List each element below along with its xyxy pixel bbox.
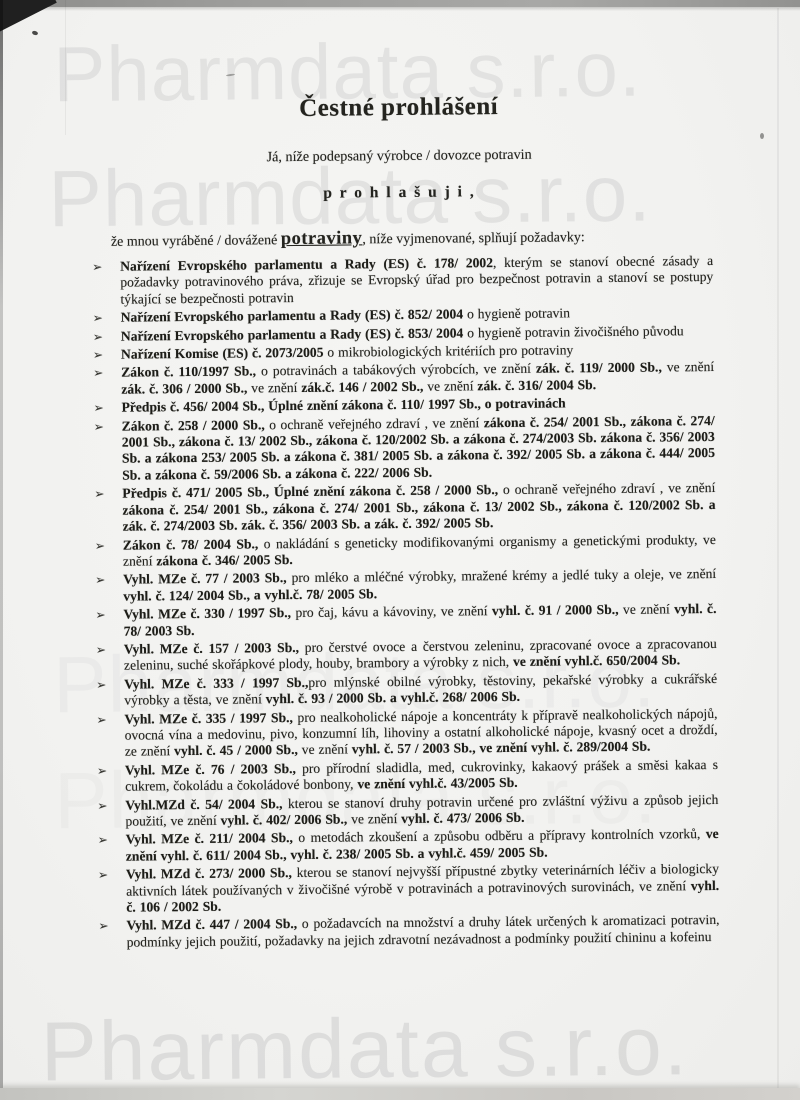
- bullet-arrow-icon: ➢: [93, 347, 103, 364]
- paper-fold-right: [777, 8, 779, 1093]
- list-item-text: Vyhl. MZe č. 211/ 2004 Sb., o metodách z…: [126, 826, 719, 865]
- list-item: ➢Vyhl. MZe č. 333 / 1997 Sb.,pro mlýnské…: [91, 671, 717, 710]
- bullet-arrow-icon: ➢: [97, 763, 107, 780]
- list-item: ➢Vyhl. MZe č. 330 / 1997 Sb., pro čaj, k…: [90, 601, 716, 640]
- bullet-arrow-icon: ➢: [97, 797, 107, 814]
- intro-post: , níže vyjmenované, splňují požadavky:: [362, 230, 585, 247]
- bullet-arrow-icon: ➢: [98, 832, 108, 849]
- list-item: ➢Předpis č. 471/ 2005 Sb., Úplné znění z…: [89, 480, 715, 535]
- list-item: ➢Vyhl. MZe č. 77 / 2003 Sb., pro mléko a…: [90, 566, 716, 605]
- list-item: ➢Zákon č. 258 / 2000 Sb., o ochraně veře…: [89, 413, 716, 485]
- watermark-text: Pharmdata s.r.o.: [40, 997, 689, 1100]
- bullet-arrow-icon: ➢: [95, 607, 105, 624]
- bullet-arrow-icon: ➢: [98, 918, 108, 935]
- declarant-line: Já, níže podepsaný výrobce / dovozce pot…: [86, 145, 712, 168]
- document-body: Čestné prohlášení Já, níže podepsaný výr…: [0, 88, 800, 952]
- scan-edge-bottom: [0, 1088, 800, 1100]
- bullet-arrow-icon: ➢: [96, 677, 106, 694]
- list-item: ➢Vyhl. MZe č. 76 / 2003 Sb., pro přírodn…: [92, 757, 718, 796]
- list-item: ➢Vyhl. MZe č. 157 / 2003 Sb., pro čerstv…: [91, 636, 717, 675]
- list-item: ➢Nařízení Evropského parlamentu a Rady (…: [87, 253, 713, 308]
- list-item-text: Vyhl. MZd č. 447 / 2004 Sb., o požadavcí…: [126, 912, 719, 951]
- paper-fold-top-left: [65, 0, 66, 135]
- list-item-text: Nařízení Evropského parlamentu a Rady (E…: [120, 253, 713, 308]
- bullet-arrow-icon: ➢: [93, 365, 103, 382]
- list-item-text: Zákon č. 110/1997 Sb., o potravinách a t…: [121, 359, 714, 398]
- bullet-arrow-icon: ➢: [94, 418, 104, 435]
- bullet-arrow-icon: ➢: [95, 537, 105, 554]
- list-item-text: Vyhl. MZe č. 77 / 2003 Sb., pro mléko a …: [123, 566, 716, 605]
- list-item: ➢Zákon č. 110/1997 Sb., o potravinách a …: [88, 359, 714, 398]
- bullet-arrow-icon: ➢: [93, 328, 103, 345]
- bullet-arrow-icon: ➢: [96, 711, 106, 728]
- list-item: ➢Vyhl.MZd č. 54/ 2004 Sb., kterou se sta…: [92, 792, 718, 831]
- scan-edge-top: [0, 0, 800, 7]
- bullet-arrow-icon: ➢: [92, 259, 102, 276]
- list-item: ➢Vyhl. MZd č. 447 / 2004 Sb., o požadavc…: [93, 912, 719, 951]
- intro-pre: že mnou vyráběné / dovážené: [111, 233, 281, 250]
- list-item-text: Vyhl. MZe č. 335 / 1997 Sb., pro nealkoh…: [124, 706, 717, 761]
- bullet-arrow-icon: ➢: [96, 642, 106, 659]
- list-item-text: Předpis č. 471/ 2005 Sb., Úplné znění zá…: [122, 480, 715, 535]
- list-item: ➢Vyhl. MZe č. 335 / 1997 Sb., pro nealko…: [91, 706, 717, 761]
- scan-edge-top-fade: [0, 7, 800, 11]
- declaration-word: p r o h l a š u j i ,: [86, 180, 712, 205]
- list-item-text: Vyhl. MZd č. 273/ 2000 Sb., kterou se st…: [126, 861, 719, 916]
- list-item-text: Vyhl. MZe č. 76 / 2003 Sb., pro přírodní…: [125, 757, 718, 796]
- bullet-arrow-icon: ➢: [94, 486, 104, 503]
- scan-speck: [760, 133, 764, 139]
- bullet-arrow-icon: ➢: [93, 400, 103, 417]
- list-item: ➢Vyhl. MZe č. 211/ 2004 Sb., o metodách …: [93, 826, 719, 865]
- scan-edge-left: [0, 0, 3, 1100]
- bullet-arrow-icon: ➢: [95, 572, 105, 589]
- list-item-text: Vyhl. MZe č. 330 / 1997 Sb., pro čaj, ká…: [123, 601, 716, 640]
- list-item-text: Vyhl. MZe č. 333 / 1997 Sb.,pro mlýnské …: [124, 671, 717, 710]
- page-title: Čestné prohlášení: [86, 89, 712, 127]
- bullet-arrow-icon: ➢: [93, 310, 103, 327]
- list-item: ➢Vyhl. MZd č. 273/ 2000 Sb., kterou se s…: [93, 861, 719, 916]
- list-item: ➢Zákon č. 78/ 2004 Sb., o nakládání s ge…: [90, 531, 716, 570]
- intro-sentence: že mnou vyráběné / dovážené potraviny, n…: [111, 223, 713, 255]
- paper-sheet: Pharmdata s.r.o. Pharmdata s.r.o. Pharmd…: [0, 0, 800, 1100]
- scanned-page: Pharmdata s.r.o. Pharmdata s.r.o. Pharmd…: [0, 0, 800, 1100]
- list-item-text: Vyhl.MZd č. 54/ 2004 Sb., kterou se stan…: [125, 792, 718, 831]
- list-item-text: Zákon č. 258 / 2000 Sb., o ochraně veřej…: [122, 413, 716, 484]
- list-item-text: Zákon č. 78/ 2004 Sb., o nakládání s gen…: [123, 531, 716, 570]
- list-item-text: Vyhl. MZe č. 157 / 2003 Sb., pro čerstvé…: [124, 636, 717, 675]
- regulation-list: ➢Nařízení Evropského parlamentu a Rady (…: [87, 253, 720, 951]
- bullet-arrow-icon: ➢: [98, 867, 108, 884]
- intro-highlight: potraviny: [281, 228, 363, 249]
